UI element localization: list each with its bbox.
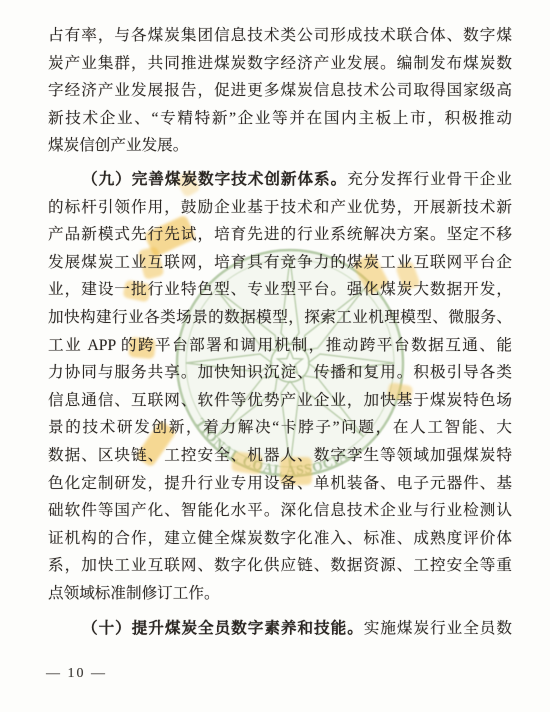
text-line: 力协同与服务共享。加快知识沉淀、传播和复用。积极引导各类 xyxy=(48,359,512,387)
text-run: 充分发挥行业骨干企业 xyxy=(347,171,512,188)
text-run: 业，建设一批行业特色型、专业型平台。强化煤炭大数据开发， xyxy=(48,281,512,298)
text-line: 点领域标准制修订工作。 xyxy=(48,580,512,608)
text-line: 炭产业集群，共同推进煤炭数字经济产业发展。编制发布煤炭数 xyxy=(48,50,512,78)
text-run: 产品新模式先行先试，培育先进的行业系统解决方案。坚定不移 xyxy=(48,226,512,243)
text-run: 点领域标准制修订工作。 xyxy=(48,585,220,602)
text-line: 的标杆引领作用，鼓励企业基于技术和产业优势，开展新技术新 xyxy=(48,194,512,222)
text-line: 占有率，与各煤炭集团信息技术类公司形成技术联合体、数字煤 xyxy=(48,22,512,50)
paragraph: 占有率，与各煤炭集团信息技术类公司形成技术联合体、数字煤炭产业集群，共同推进煤炭… xyxy=(48,22,512,160)
text-run: 系，加快工业互联网、数字化供应链、数据资源、工控安全等重 xyxy=(48,557,512,574)
text-run: 实施煤炭行业全员数 xyxy=(364,620,512,637)
text-line: 业，建设一批行业特色型、专业型平台。强化煤炭大数据开发， xyxy=(48,276,512,304)
text-run: 新技术企业、“专精特新”企业等并在国内主板上市，积极推动 xyxy=(48,110,512,127)
text-run: 的标杆引领作用，鼓励企业基于技术和产业优势，开展新技术新 xyxy=(48,199,512,216)
document-page: TIONAL COAL ASSOCIA 占有率，与各煤炭集团信息技术类公司形成技… xyxy=(0,0,550,712)
text-line: 产品新模式先行先试，培育先进的行业系统解决方案。坚定不移 xyxy=(48,221,512,249)
text-run: 煤炭信创产业发展。 xyxy=(48,137,188,154)
document-body: 占有率，与各煤炭集团信息技术类公司形成技术联合体、数字煤炭产业集群，共同推进煤炭… xyxy=(48,22,512,643)
text-run: 景的技术研发创新，着力解决“卡脖子”问题，在人工智能、大 xyxy=(48,419,512,436)
text-run: 发展煤炭工业互联网，培育具有竞争力的煤炭工业互联网平台企 xyxy=(48,254,512,271)
text-line: 加快构建行业各类场景的数据模型，探索工业机理模型、微服务、 xyxy=(48,304,512,332)
text-line: 色化定制研发，提升行业专用设备、单机装备、电子元器件、基 xyxy=(48,470,512,498)
text-run: 证机构的合作，建立健全煤炭数字化准入、标准、成熟度评价体 xyxy=(48,530,512,547)
page-number: — 10 — xyxy=(46,666,107,682)
text-run: 加快构建行业各类场景的数据模型，探索工业机理模型、微服务、 xyxy=(48,309,512,326)
text-line: 信息通信、互联网、软件等优势产业企业，加快基于煤炭特色场 xyxy=(48,387,512,415)
text-run: 工业 APP 的跨平台部署和调用机制，推动跨平台数据互通、能 xyxy=(48,337,512,354)
text-run: 础软件等国产化、智能化水平。深化信息技术企业与行业检测认 xyxy=(48,502,512,519)
text-line: （十）提升煤炭全员数字素养和技能。实施煤炭行业全员数 xyxy=(48,615,512,643)
text-line: 数据、区块链、工控安全、机器人、数字孪生等领域加强煤炭特 xyxy=(48,442,512,470)
text-run: 字经济产业发展报告，促进更多煤炭信息技术公司取得国家级高 xyxy=(48,82,512,99)
text-run: 力协同与服务共享。加快知识沉淀、传播和复用。积极引导各类 xyxy=(48,364,512,381)
text-line: 景的技术研发创新，着力解决“卡脖子”问题，在人工智能、大 xyxy=(48,414,512,442)
text-run: 信息通信、互联网、软件等优势产业企业，加快基于煤炭特色场 xyxy=(48,392,512,409)
text-run: 占有率，与各煤炭集团信息技术类公司形成技术联合体、数字煤 xyxy=(48,27,512,44)
text-line: 发展煤炭工业互联网，培育具有竞争力的煤炭工业互联网平台企 xyxy=(48,249,512,277)
paragraph: （十）提升煤炭全员数字素养和技能。实施煤炭行业全员数 xyxy=(48,615,512,643)
text-line: 煤炭信创产业发展。 xyxy=(48,132,512,160)
text-line: 系，加快工业互联网、数字化供应链、数据资源、工控安全等重 xyxy=(48,552,512,580)
text-run: 炭产业集群，共同推进煤炭数字经济产业发展。编制发布煤炭数 xyxy=(48,55,512,72)
paragraph: （九）完善煤炭数字技术创新体系。充分发挥行业骨干企业的标杆引领作用，鼓励企业基于… xyxy=(48,166,512,608)
text-line: 新技术企业、“专精特新”企业等并在国内主板上市，积极推动 xyxy=(48,105,512,133)
text-line: （九）完善煤炭数字技术创新体系。充分发挥行业骨干企业 xyxy=(48,166,512,194)
text-line: 字经济产业发展报告，促进更多煤炭信息技术公司取得国家级高 xyxy=(48,77,512,105)
text-line: 础软件等国产化、智能化水平。深化信息技术企业与行业检测认 xyxy=(48,497,512,525)
text-run: 色化定制研发，提升行业专用设备、单机装备、电子元器件、基 xyxy=(48,475,512,492)
text-line: 证机构的合作，建立健全煤炭数字化准入、标准、成熟度评价体 xyxy=(48,525,512,553)
heading-run: （九）完善煤炭数字技术创新体系。 xyxy=(82,171,347,188)
text-run: 数据、区块链、工控安全、机器人、数字孪生等领域加强煤炭特 xyxy=(48,447,512,464)
heading-run: （十）提升煤炭全员数字素养和技能。 xyxy=(82,620,364,637)
text-line: 工业 APP 的跨平台部署和调用机制，推动跨平台数据互通、能 xyxy=(48,332,512,360)
